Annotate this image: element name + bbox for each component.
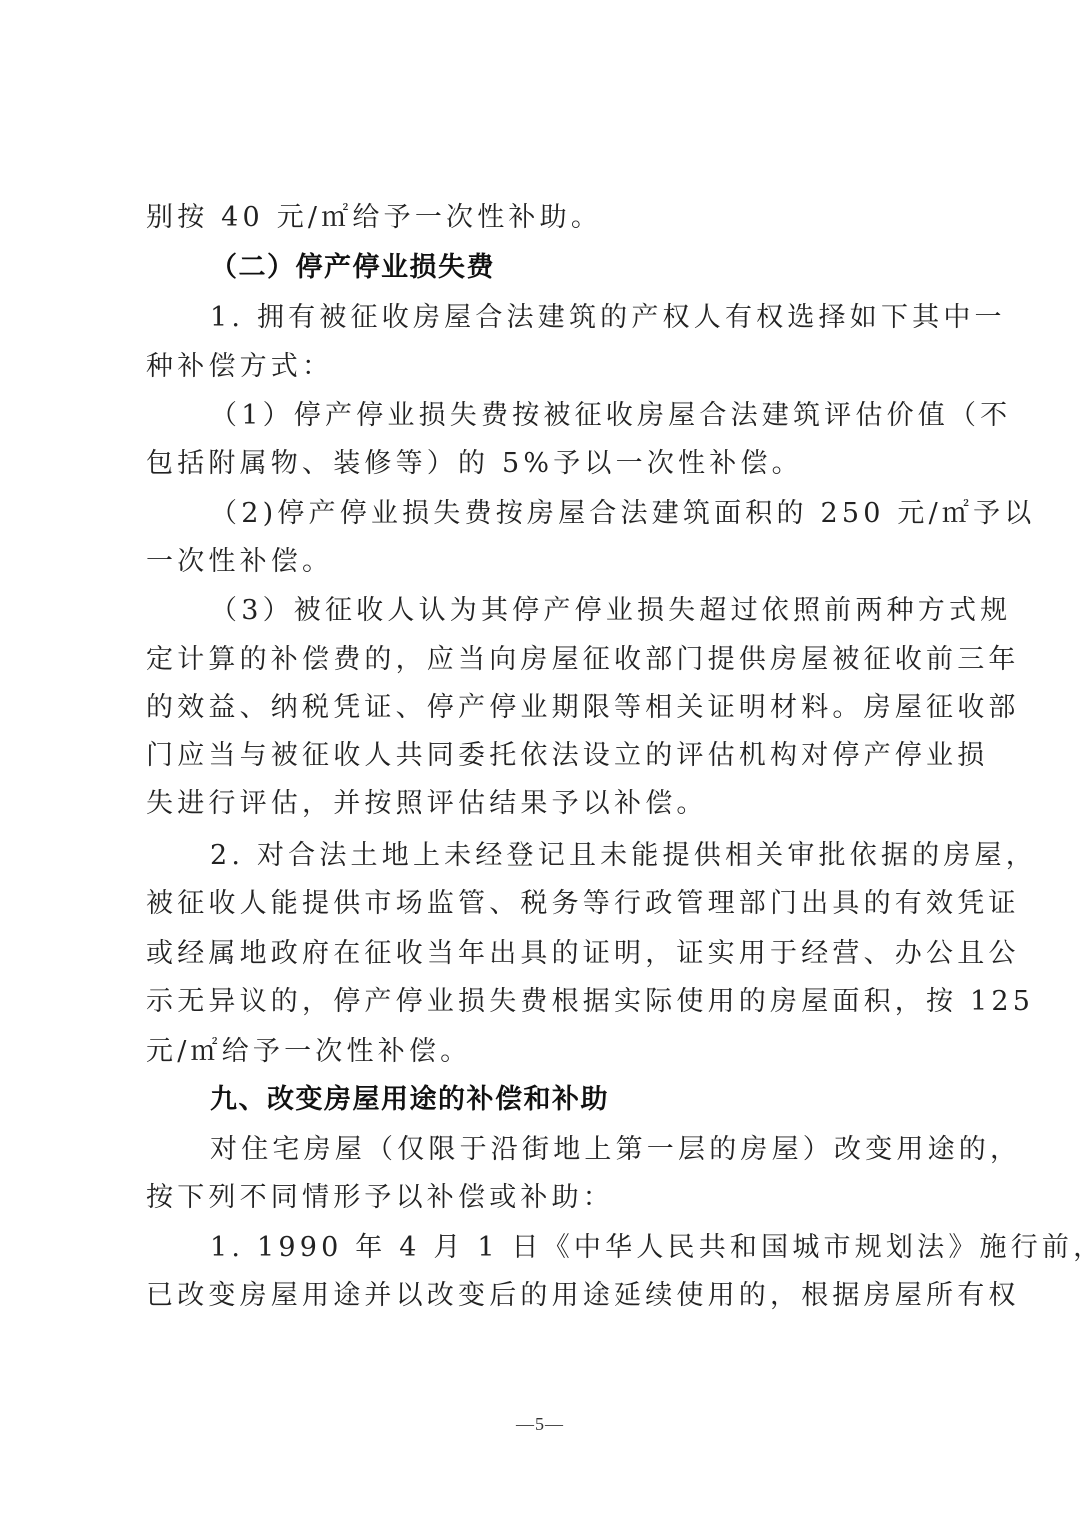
text-line: 对住宅房屋（仅限于沿街地上第一层的房屋）改变用途的， <box>210 1130 946 1170</box>
text-line: 1. 1990 年 4 月 1 日《中华人民共和国城市规划法》施行前， <box>210 1228 946 1268</box>
text-line: 失进行评估，并按照评估结果予以补偿。 <box>146 784 946 824</box>
text-line: 一次性补偿。 <box>146 542 946 582</box>
text-line: 被征收人能提供市场监管、税务等行政管理部门出具的有效凭证 <box>146 884 946 924</box>
text-line: 的效益、纳税凭证、停产停业期限等相关证明材料。房屋征收部 <box>146 688 946 728</box>
page-number: —5— <box>0 1414 1080 1435</box>
text-line: 按下列不同情形予以补偿或补助： <box>146 1178 946 1218</box>
text-line: 示无异议的，停产停业损失费根据实际使用的房屋面积，按 125 <box>146 982 946 1022</box>
text-line: （2)停产停业损失费按房屋合法建筑面积的 250 元/㎡予以 <box>210 494 946 534</box>
text-line: 元/㎡给予一次性补偿。 <box>146 1032 946 1072</box>
text-line: 1. 拥有被征收房屋合法建筑的产权人有权选择如下其中一 <box>210 298 946 338</box>
text-line: （1）停产停业损失费按被征收房屋合法建筑评估价值（不 <box>210 396 946 436</box>
text-line: 种补偿方式： <box>146 347 946 387</box>
text-line: （3）被征收人认为其停产停业损失超过依照前两种方式规 <box>210 591 946 631</box>
text-line: 或经属地政府在征收当年出具的证明，证实用于经营、办公且公 <box>146 934 946 974</box>
text-line: 2. 对合法土地上未经登记且未能提供相关审批依据的房屋， <box>210 836 946 876</box>
section-heading: （二）停产停业损失费 <box>210 248 946 288</box>
document-page: 别按 40 元/㎡给予一次性补助。 （二）停产停业损失费 1. 拥有被征收房屋合… <box>0 0 1080 1527</box>
text-line: 已改变房屋用途并以改变后的用途延续使用的，根据房屋所有权 <box>146 1276 946 1316</box>
text-line: 门应当与被征收人共同委托依法设立的评估机构对停产停业损 <box>146 736 946 776</box>
text-line: 包括附属物、装修等）的 5%予以一次性补偿。 <box>146 444 946 484</box>
text-line: 别按 40 元/㎡给予一次性补助。 <box>146 198 946 238</box>
section-heading: 九、改变房屋用途的补偿和补助 <box>210 1080 946 1120</box>
text-line: 定计算的补偿费的，应当向房屋征收部门提供房屋被征收前三年 <box>146 640 946 680</box>
